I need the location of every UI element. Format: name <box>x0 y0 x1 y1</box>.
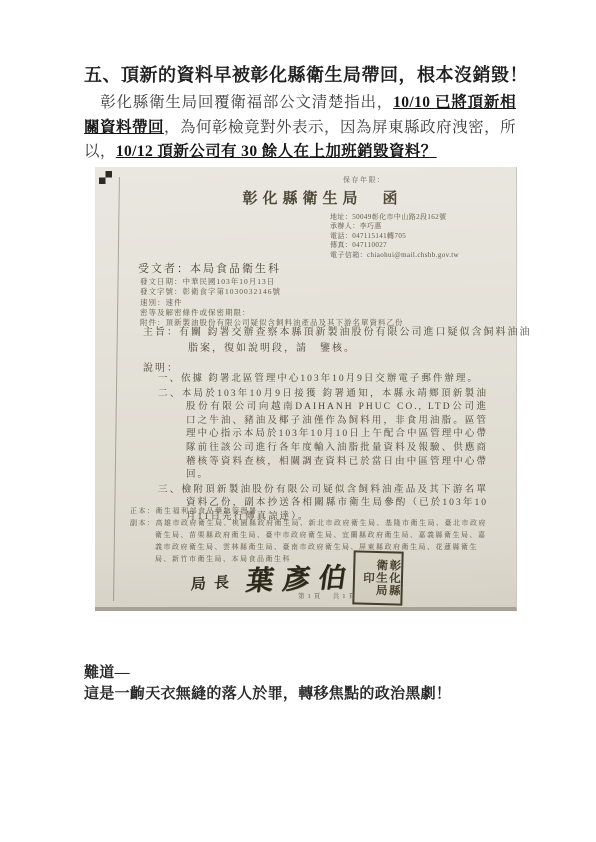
explanation-item-2: 二、本局於103年10月9日接獲 鈞署通知，本縣永靖鄉頂新製油股份有限公司向越南… <box>158 388 488 483</box>
meta-speed: 速別：速件 <box>140 298 404 308</box>
original-text: 衛生福利部食品藥物管理署 <box>156 507 258 515</box>
item-number: 一、 <box>158 374 181 384</box>
closing-text: 難道— 這是一齣天衣無縫的落人於罪，轉移焦點的政治黑劇！ <box>84 663 524 705</box>
page-title: 五、頂新的資料早被彰化縣衛生局帶回，根本沒銷毀！ <box>84 62 544 88</box>
signature-title: 局長 <box>190 571 237 594</box>
item-text: 依據 鈞署北區管理中心103年10月9日交辦電子郵件辦理。 <box>181 374 479 384</box>
meta-issue-date: 發文日期：中華民國103年10月13日 <box>140 277 404 287</box>
subject-line: 主旨：有關 鈞署交辦查察本縣頂新製油股份有限公司進口疑似含飼料油油脂案，復如說明… <box>143 325 540 357</box>
contact-person: 承辦人：李巧惠 <box>330 222 459 231</box>
closing-line-2: 這是一齣天衣無縫的落人於罪，轉移焦點的政治黑劇！ <box>84 684 524 705</box>
letter-title: 彰化縣衛生局 函 <box>95 187 516 208</box>
original-recipient-line: 正本：衛生福利部食品藥物管理署 <box>130 505 488 517</box>
paragraph-text-1: 彰化縣衛生局回覆衛福部公文清楚指出， <box>84 94 393 111</box>
meta-ref-number: 發文字號：彰衛食字第1030032146號 <box>140 287 404 297</box>
contact-fax: 傳真：047110027 <box>330 241 459 250</box>
document-page: 五、頂新的資料早被彰化縣衛生局帶回，根本沒銷毀！ 彰化縣衛生局回覆衛福部公文清楚… <box>0 0 596 842</box>
scanned-official-letter: 保存年限： 彰化縣衛生局 函 地址：50049彰化市中山路2段162號 承辦人：… <box>95 167 517 611</box>
item-number: 三、 <box>158 485 182 495</box>
highlight-1012-destroy-data: 10/12 頂新公司有 30 餘人在上加班銷毀資料？ <box>116 143 437 160</box>
recipient-line: 受文者：本局食品衛生科 <box>138 260 281 276</box>
closing-line-1: 難道— <box>84 663 524 684</box>
meta-secrecy: 密等及解密條件或保密期限： <box>140 308 404 318</box>
contact-address: 地址：50049彰化市中山路2段162號 <box>330 213 459 222</box>
paper-fold-line <box>113 177 120 601</box>
preservation-period-label: 保存年限： <box>343 175 386 185</box>
page-number: 第1頁 共1頁 <box>298 591 358 600</box>
checkerboard-mark-icon <box>99 171 112 184</box>
intro-paragraph: 彰化縣衛生局回覆衛福部公文清楚指出，10/10 已將頂新相關資料帶回，為何彰檢竟… <box>84 91 516 165</box>
contact-phone: 電話：047115141轉705 <box>330 232 459 241</box>
letter-meta-block: 發文日期：中華民國103年10月13日 發文字號：彰衛食字第1030032146… <box>140 277 404 328</box>
item-number: 二、 <box>158 389 182 399</box>
signature-row: 局長 葉彥伯 <box>191 557 491 611</box>
subject-label: 主旨： <box>143 327 179 338</box>
copy-label: 副本： <box>130 519 156 527</box>
item-text: 本局於103年10月9日接獲 鈞署通知，本縣永靖鄉頂新製油股份有限公司向越南DA… <box>182 389 488 481</box>
contact-email: 電子信箱：chiaohui@mail.chshb.gov.tw <box>330 251 459 260</box>
original-label: 正本： <box>130 507 156 515</box>
official-seal-stamp: 彰化縣衛生局印 <box>352 550 403 605</box>
explanation-label: 說明： <box>143 359 179 374</box>
subject-text: 有關 鈞署交辦查察本縣頂新製油股份有限公司進口疑似含飼料油油脂案，復如說明段，請… <box>179 327 532 354</box>
explanation-item-1: 一、依據 鈞署北區管理中心103年10月9日交辦電子郵件辦理。 <box>158 373 488 387</box>
explanation-items: 一、依據 鈞署北區管理中心103年10月9日交辦電子郵件辦理。 二、本局於103… <box>158 373 488 526</box>
contact-block: 地址：50049彰化市中山路2段162號 承辦人：李巧惠 電話：04711514… <box>330 213 459 260</box>
